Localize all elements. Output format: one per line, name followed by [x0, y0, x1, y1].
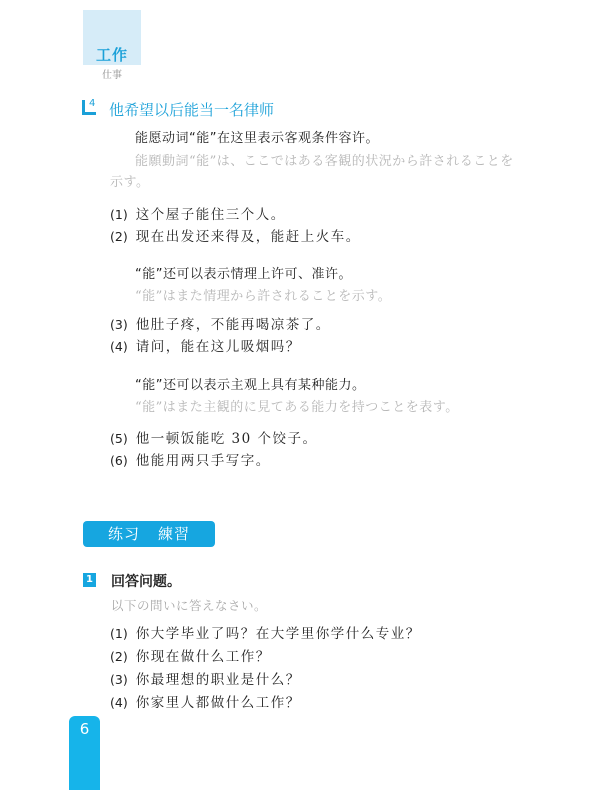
practice-banner: 练习練習: [83, 521, 215, 547]
question-text: 你现在做什么工作？: [136, 649, 271, 665]
explanation-ja-cont: 示す。: [110, 171, 149, 190]
question-number: (2): [110, 649, 128, 664]
practice-label-ja: 練習: [158, 525, 190, 543]
question-item: (2)你现在做什么工作？: [110, 645, 271, 665]
question-text: 你最理想的职业是什么？: [136, 672, 301, 688]
example-sentence: (4)请问，能在这儿吸烟吗？: [110, 335, 301, 355]
example-number: (1): [110, 207, 128, 222]
example-sentence: (1)这个屋子能住三个人。: [110, 203, 286, 223]
question-text: 你家里人都做什么工作？: [136, 695, 301, 711]
grammar-point-number: 4: [89, 98, 95, 109]
example-number: (5): [110, 431, 128, 446]
page-number-tab: 6: [69, 716, 100, 790]
example-sentence: (3)他肚子疼，不能再喝凉茶了。: [110, 313, 331, 333]
question-item: (4)你家里人都做什么工作？: [110, 691, 301, 711]
example-text: 他肚子疼，不能再喝凉茶了。: [136, 317, 331, 333]
example-sentence: (6)他能用两只手写字。: [110, 449, 271, 469]
exercise-subtitle: 以下の問いに答えなさい。: [111, 596, 267, 614]
practice-label-zh: 练习: [108, 525, 140, 543]
question-text: 你大学毕业了吗？在大学里你学什么专业？: [136, 626, 421, 642]
grammar-point-title: 他希望以后能当一名律师: [109, 99, 274, 120]
example-text: 现在出发还来得及，能赶上火车。: [136, 229, 361, 245]
explanation-zh: 能愿动词“能”在这里表示客观条件容许。: [135, 127, 379, 146]
chapter-title: 工作: [83, 44, 141, 65]
question-item: (1)你大学毕业了吗？在大学里你学什么专业？: [110, 622, 421, 642]
example-number: (3): [110, 317, 128, 332]
example-sentence: (2)现在出发还来得及，能赶上火车。: [110, 225, 361, 245]
example-sentence: (5)他一顿饭能吃 30 个饺子。: [110, 427, 317, 447]
note-zh: “能”还可以表示主观上具有某种能力。: [135, 374, 365, 393]
example-number: (4): [110, 339, 128, 354]
note-ja: “能”はまた主観的に見てある能力を持つことを表す。: [135, 396, 459, 415]
note-ja: “能”はまた情理から許されることを示す。: [135, 285, 391, 304]
example-text: 请问，能在这儿吸烟吗？: [136, 339, 301, 355]
question-number: (1): [110, 626, 128, 641]
example-number: (2): [110, 229, 128, 244]
chapter-subtitle: 仕事: [83, 66, 141, 81]
example-text: 他能用两只手写字。: [136, 453, 271, 469]
page-number: 6: [80, 720, 90, 738]
explanation-ja: 能願動詞“能”は、ここではある客観的状況から許されることを: [135, 150, 514, 169]
example-text: 这个屋子能住三个人。: [136, 207, 286, 223]
exercise-number-badge: 1: [83, 573, 96, 587]
question-number: (3): [110, 672, 128, 687]
note-zh: “能”还可以表示情理上许可、准许。: [135, 263, 352, 282]
example-number: (6): [110, 453, 128, 468]
question-number: (4): [110, 695, 128, 710]
question-item: (3)你最理想的职业是什么？: [110, 668, 301, 688]
example-text: 他一顿饭能吃 30 个饺子。: [136, 431, 318, 447]
exercise-title: 回答问题。: [111, 571, 181, 591]
